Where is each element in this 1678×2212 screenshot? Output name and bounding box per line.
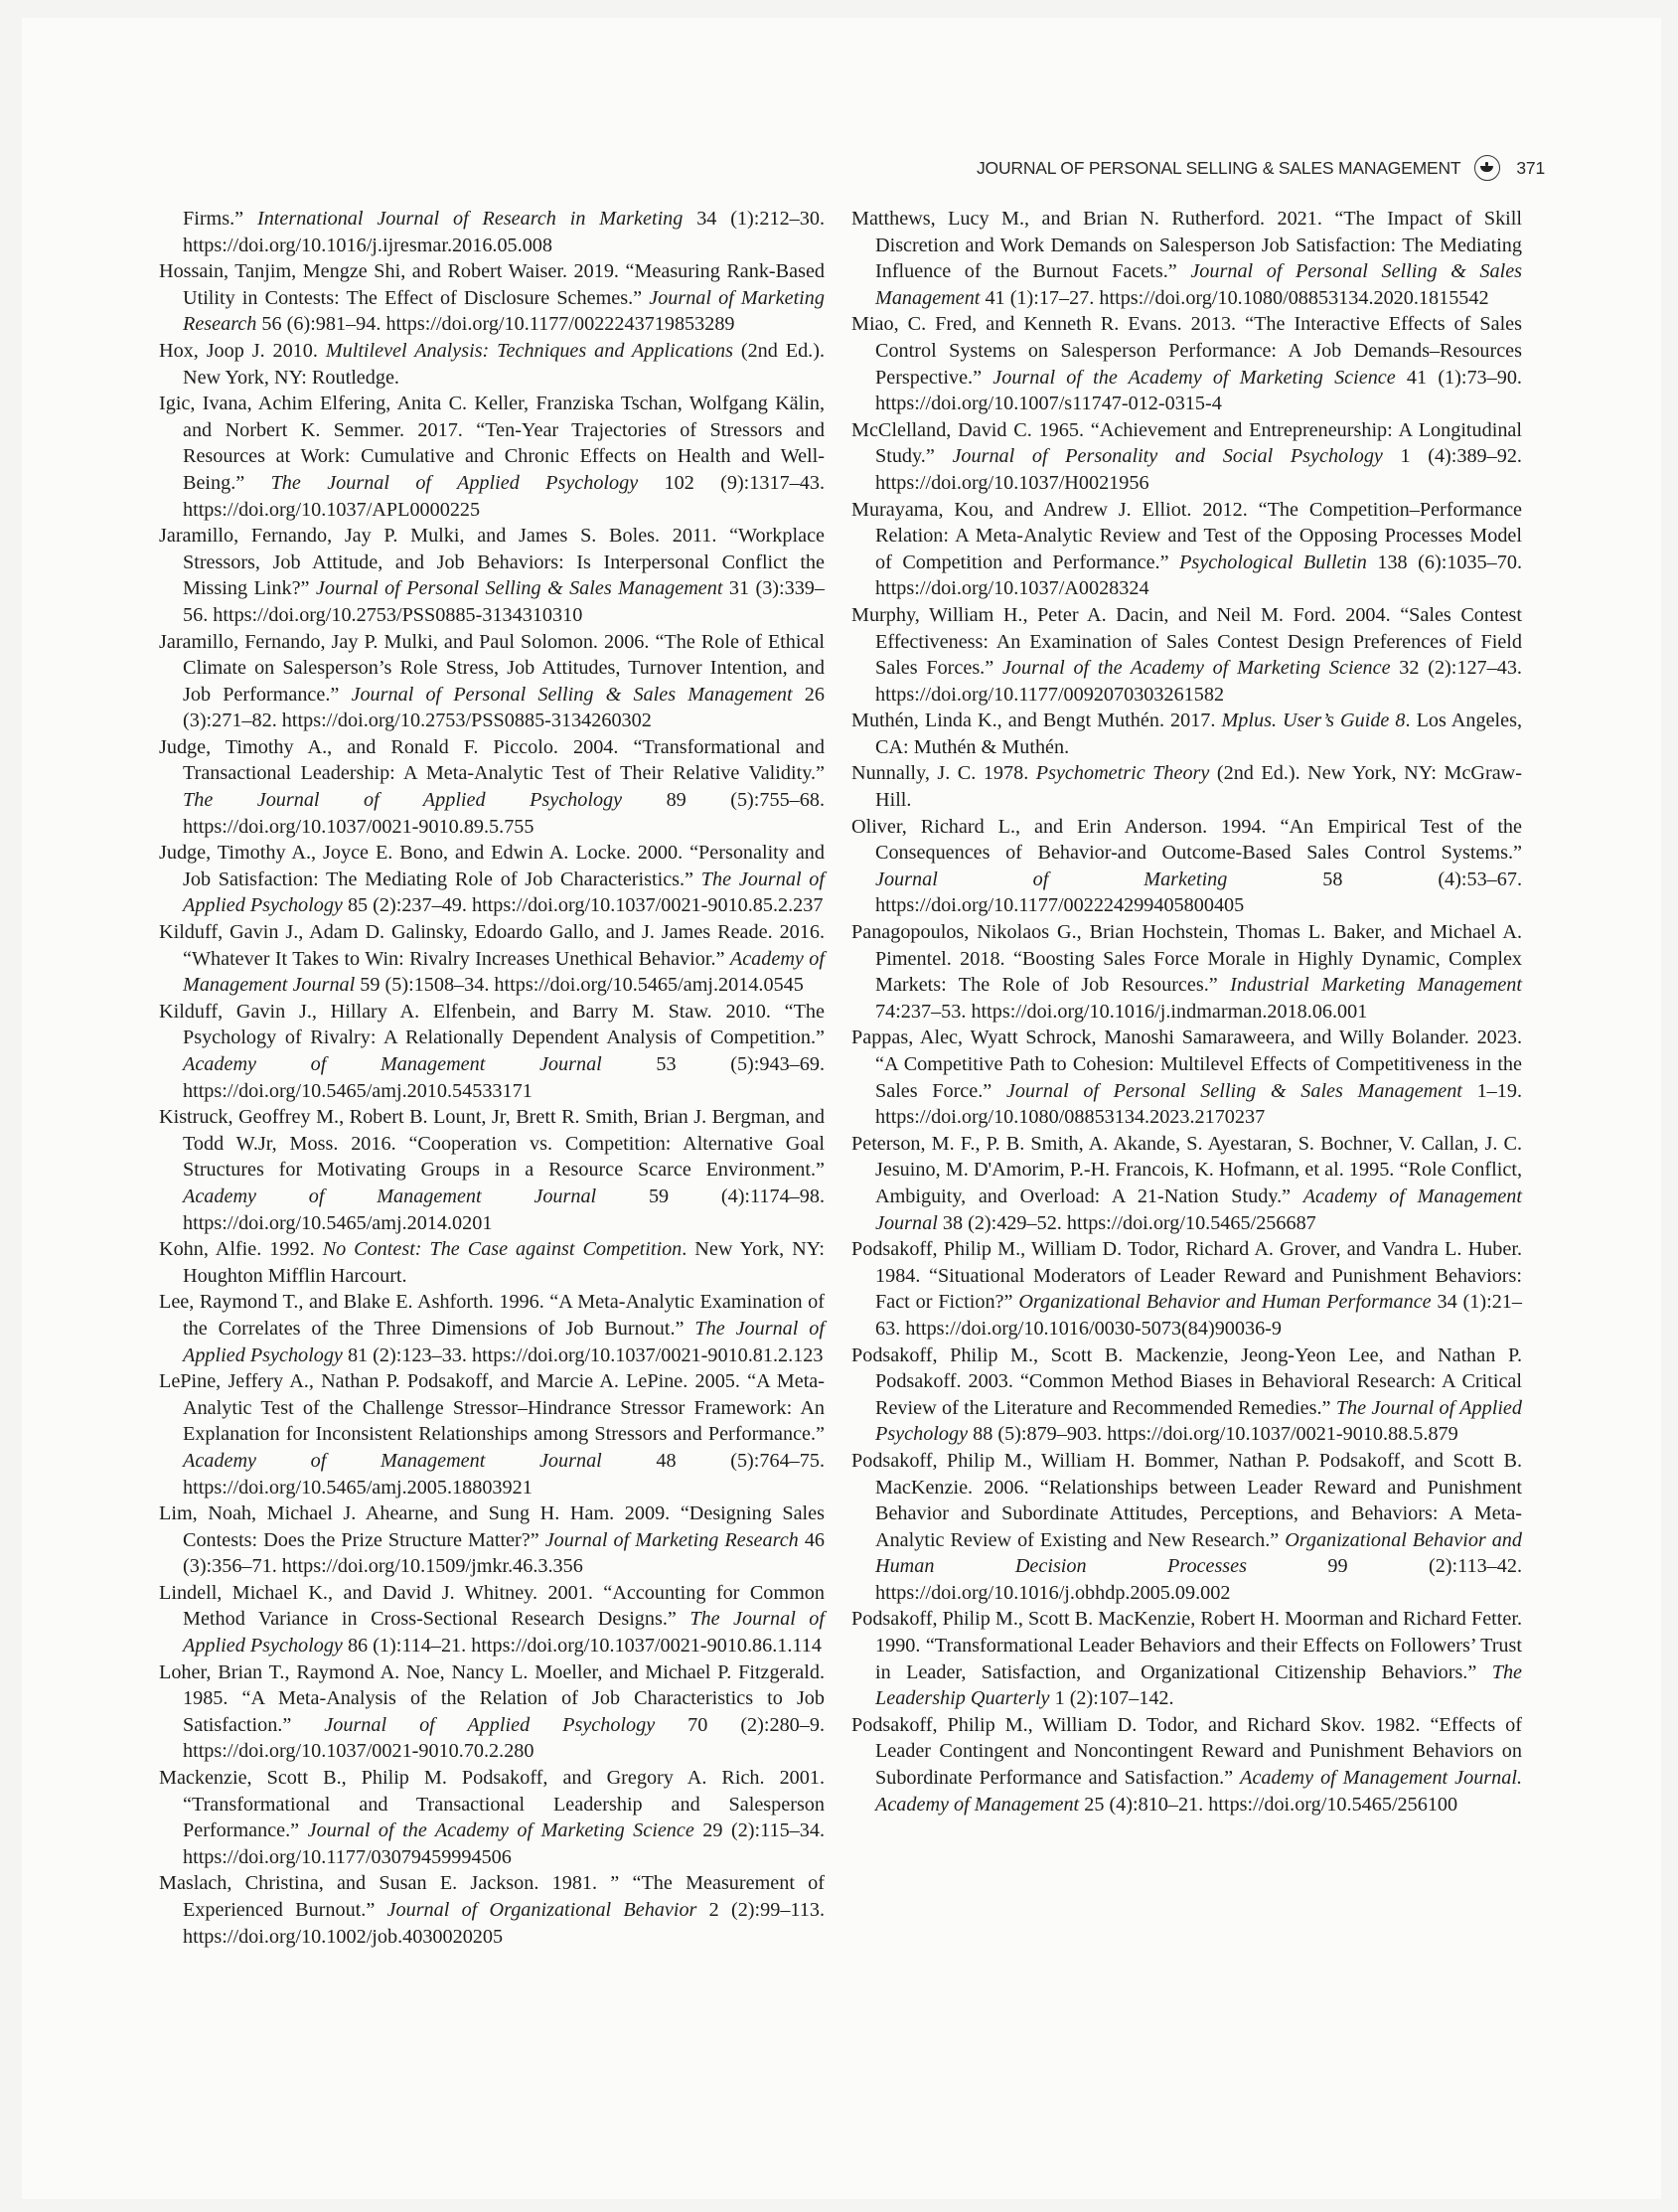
reference-source-title: Industrial Marketing Management: [1230, 974, 1522, 996]
reference-source-title: Journal of the Academy of Marketing Scie…: [992, 367, 1395, 389]
reference-details: 86 (1):114–21. https://doi.org/10.1037/0…: [343, 1635, 822, 1657]
reference-entry: Lindell, Michael K., and David J. Whitne…: [159, 1580, 825, 1659]
reference-source-title: Psychometric Theory: [1036, 762, 1210, 784]
reference-entry: Matthews, Lucy M., and Brian N. Rutherfo…: [851, 206, 1522, 311]
reference-source-title: Journal of Organizational Behavior: [387, 1899, 697, 1921]
reference-entry: Jaramillo, Fernando, Jay P. Mulki, and P…: [159, 629, 825, 734]
reference-source-title: No Contest: The Case against Competition: [323, 1238, 683, 1260]
reference-entry: Podsakoff, Philip M., Scott B. MacKenzie…: [851, 1606, 1522, 1711]
reference-source-title: Academy of Management Journal: [183, 1053, 602, 1075]
reference-text: Nunnally, J. C. 1978.: [851, 762, 1036, 784]
reference-text: Judge, Timothy A., and Ronald F. Piccolo…: [159, 736, 825, 785]
reference-entry: Judge, Timothy A., and Ronald F. Piccolo…: [159, 734, 825, 840]
reference-source-title: Journal of Personal Selling & Sales Mana…: [352, 684, 793, 706]
running-header: JOURNAL OF PERSONAL SELLING & SALES MANA…: [916, 155, 1545, 181]
reference-text: Kohn, Alfie. 1992.: [159, 1238, 323, 1260]
reference-text: Kilduff, Gavin J., Hillary A. Elfenbein,…: [159, 1001, 825, 1049]
reference-details: 1 (2):107–142.: [1050, 1687, 1174, 1709]
reference-entry: Igic, Ivana, Achim Elfering, Anita C. Ke…: [159, 391, 825, 523]
reference-entry: Peterson, M. F., P. B. Smith, A. Akande,…: [851, 1131, 1522, 1236]
reference-details: 81 (2):123–33. https://doi.org/10.1037/0…: [343, 1344, 824, 1366]
reference-source-title: Journal of Personal Selling & Sales Mana…: [316, 577, 723, 599]
reference-entry: Loher, Brian T., Raymond A. Noe, Nancy L…: [159, 1659, 825, 1765]
reference-entry: Judge, Timothy A., Joyce E. Bono, and Ed…: [159, 840, 825, 919]
reference-text: LePine, Jeffery A., Nathan P. Podsakoff,…: [159, 1370, 825, 1445]
reference-entry: Oliver, Richard L., and Erin Anderson. 1…: [851, 814, 1522, 919]
reference-source-title: Multilevel Analysis: Techniques and Appl…: [326, 340, 733, 362]
reference-entry: Kilduff, Gavin J., Hillary A. Elfenbein,…: [159, 999, 825, 1104]
reference-entry: Maslach, Christina, and Susan E. Jackson…: [159, 1870, 825, 1950]
reference-source-title: The Journal of Applied Psychology: [183, 789, 622, 811]
reference-entry: Podsakoff, Philip M., William H. Bommer,…: [851, 1448, 1522, 1607]
reference-source-title: Mplus. User’s Guide 8: [1221, 710, 1405, 731]
reference-entry: LePine, Jeffery A., Nathan P. Podsakoff,…: [159, 1368, 825, 1501]
reference-source-title: Psychological Bulletin: [1179, 552, 1367, 573]
reference-entry: Podsakoff, Philip M., Scott B. Mackenzie…: [851, 1343, 1522, 1448]
reference-source-title: Journal of the Academy of Marketing Scie…: [308, 1819, 694, 1841]
reference-details: 41 (1):17–27. https://doi.org/10.1080/08…: [980, 287, 1488, 309]
reference-entry: Panagopoulos, Nikolaos G., Brian Hochste…: [851, 919, 1522, 1025]
reference-details: 56 (6):981–94. https://doi.org/10.1177/0…: [256, 313, 734, 335]
reference-entry: Murphy, William H., Peter A. Dacin, and …: [851, 602, 1522, 708]
reference-source-title: Academy of Management Journal: [183, 1185, 596, 1207]
page-number: 371: [1516, 158, 1545, 179]
reference-source-title: Organizational Behavior and Human Perfor…: [1018, 1291, 1431, 1313]
reference-entry: Podsakoff, Philip M., William D. Todor, …: [851, 1712, 1522, 1817]
reference-text: Kilduff, Gavin J., Adam D. Galinsky, Edo…: [159, 921, 825, 970]
reference-details: 59 (5):1508–34. https://doi.org/10.5465/…: [355, 974, 804, 996]
reference-text: Kistruck, Geoffrey M., Robert B. Lount, …: [159, 1106, 825, 1181]
reference-entry: Pappas, Alec, Wyatt Schrock, Manoshi Sam…: [851, 1025, 1522, 1130]
reference-entry: Lee, Raymond T., and Blake E. Ashforth. …: [159, 1289, 825, 1368]
reference-details: 88 (5):879–903. https://doi.org/10.1037/…: [968, 1423, 1458, 1445]
reference-entry: Podsakoff, Philip M., William D. Todor, …: [851, 1236, 1522, 1342]
reference-text: Muthén, Linda K., and Bengt Muthén. 2017…: [851, 710, 1221, 731]
references-left-column: Firms.” International Journal of Researc…: [159, 206, 825, 1950]
reference-text: Firms.”: [183, 208, 257, 230]
reference-entry: Lim, Noah, Michael J. Ahearne, and Sung …: [159, 1501, 825, 1580]
reference-source-title: Journal of the Academy of Marketing Scie…: [1002, 657, 1391, 679]
reference-entry: Firms.” International Journal of Researc…: [159, 206, 825, 258]
reference-source-title: The Journal of Applied Psychology: [271, 472, 639, 494]
reference-entry: Kilduff, Gavin J., Adam D. Galinsky, Edo…: [159, 919, 825, 999]
reference-entry: Hox, Joop J. 2010. Multilevel Analysis: …: [159, 338, 825, 391]
reference-text: Hox, Joop J. 2010.: [159, 340, 326, 362]
reference-source-title: Academy of Management Journal: [183, 1450, 602, 1472]
reference-source-title: Journal of Marketing Research: [545, 1529, 799, 1551]
reference-entry: Muthén, Linda K., and Bengt Muthén. 2017…: [851, 708, 1522, 760]
reference-details: 38 (2):429–52. https://doi.org/10.5465/2…: [938, 1212, 1316, 1234]
reference-entry: Kistruck, Geoffrey M., Robert B. Lount, …: [159, 1104, 825, 1236]
reference-source-title: Journal of Personal Selling & Sales Mana…: [1006, 1080, 1462, 1102]
reference-entry: Hossain, Tanjim, Mengze Shi, and Robert …: [159, 258, 825, 338]
reference-details: 74:237–53. https://doi.org/10.1016/j.ind…: [875, 1001, 1367, 1023]
reference-entry: Murayama, Kou, and Andrew J. Elliot. 201…: [851, 497, 1522, 602]
reference-entry: Mackenzie, Scott B., Philip M. Podsakoff…: [159, 1765, 825, 1870]
reference-details: 85 (2):237–49. https://doi.org/10.1037/0…: [343, 894, 824, 916]
reference-source-title: Journal of Personality and Social Psycho…: [952, 445, 1382, 467]
references-right-column: Matthews, Lucy M., and Brian N. Rutherfo…: [851, 206, 1522, 1817]
publisher-lamp-icon: [1474, 155, 1500, 181]
reference-entry: Jaramillo, Fernando, Jay P. Mulki, and J…: [159, 523, 825, 628]
reference-source-title: Journal of Marketing: [875, 869, 1227, 890]
journal-title: JOURNAL OF PERSONAL SELLING & SALES MANA…: [977, 158, 1460, 179]
reference-entry: Nunnally, J. C. 1978. Psychometric Theor…: [851, 760, 1522, 813]
reference-details: 25 (4):810–21. https://doi.org/10.5465/2…: [1079, 1794, 1457, 1816]
reference-entry: Kohn, Alfie. 1992. No Contest: The Case …: [159, 1236, 825, 1289]
reference-entry: McClelland, David C. 1965. “Achievement …: [851, 417, 1522, 497]
reference-source-title: International Journal of Research in Mar…: [257, 208, 683, 230]
reference-text: Oliver, Richard L., and Erin Anderson. 1…: [851, 816, 1522, 865]
reference-source-title: Journal of Applied Psychology: [324, 1714, 655, 1736]
reference-text: Podsakoff, Philip M., Scott B. MacKenzie…: [851, 1608, 1522, 1682]
reference-entry: Miao, C. Fred, and Kenneth R. Evans. 201…: [851, 311, 1522, 416]
